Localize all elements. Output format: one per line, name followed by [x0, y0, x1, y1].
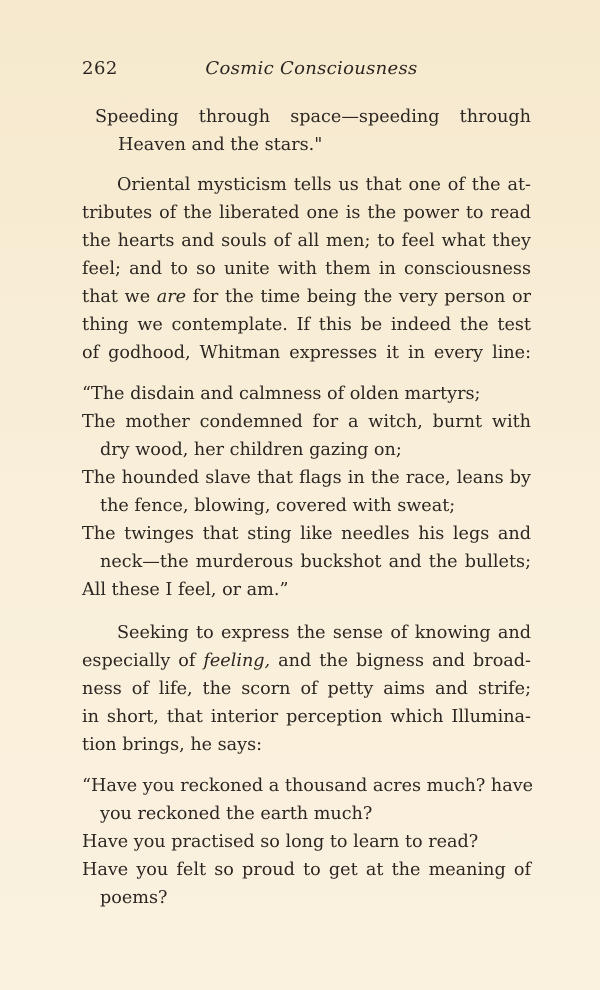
quote-line: dry wood, her children gazing on;: [100, 436, 536, 464]
quote-line: All these I feel, or am.”: [82, 576, 531, 604]
paragraph-line: Oriental mysticism tells us that one of …: [117, 171, 531, 199]
text-run: especially of: [82, 651, 203, 671]
paragraph-line: tributes of the liberated one is the pow…: [82, 199, 531, 227]
quote-line: neck—the murderous buckshot and the bull…: [100, 548, 531, 576]
quote-line: Have you felt so proud to get at the mea…: [82, 856, 531, 884]
text-run: and the bigness and broad-: [270, 651, 531, 671]
paragraph-line: Seeking to express the sense of knowing …: [117, 619, 531, 647]
italic-emphasis: are: [157, 287, 186, 307]
paragraph-line: the hearts and souls of all men; to feel…: [82, 227, 531, 255]
paragraph-line: feel; and to so unite with them in consc…: [82, 255, 531, 283]
verse-line: Speeding through space—speeding through: [95, 103, 531, 131]
paragraph-line: in short, that interior perception which…: [82, 703, 531, 731]
verse-line: Heaven and the stars.": [118, 131, 531, 159]
paragraph-line: of godhood, Whitman expresses it in ever…: [82, 339, 531, 367]
quote-line: “The disdain and calmness of olden marty…: [82, 380, 531, 408]
paragraph-line: that we are for the time being the very …: [82, 283, 531, 311]
quote-line: you reckoned the earth much?: [100, 800, 549, 828]
quote-line: The twinges that sting like needles his …: [82, 520, 531, 548]
paragraph-line: especially of feeling, and the bigness a…: [82, 647, 531, 675]
italic-emphasis: feeling,: [203, 651, 270, 671]
quote-line: The mother condemned for a witch, burnt …: [82, 408, 531, 436]
quote-line: poems?: [100, 884, 549, 912]
running-title: Cosmic Consciousness: [82, 58, 531, 79]
paragraph-line: ness of life, the scorn of petty aims an…: [82, 675, 531, 703]
text-run: for the time being the very person or: [186, 287, 531, 307]
quote-line: The hounded slave that flags in the race…: [82, 464, 531, 492]
page-header: 262 Cosmic Consciousness: [82, 58, 531, 86]
text-run: that we: [82, 287, 157, 307]
quote-line: Have you practised so long to learn to r…: [82, 828, 531, 856]
paragraph-line: tion brings, he says:: [82, 731, 531, 759]
paragraph-line: thing we contemplate. If this be indeed …: [82, 311, 531, 339]
quote-line: the fence, blowing, covered with sweat;: [100, 492, 536, 520]
quote-line: “Have you reckoned a thousand acres much…: [82, 772, 531, 800]
